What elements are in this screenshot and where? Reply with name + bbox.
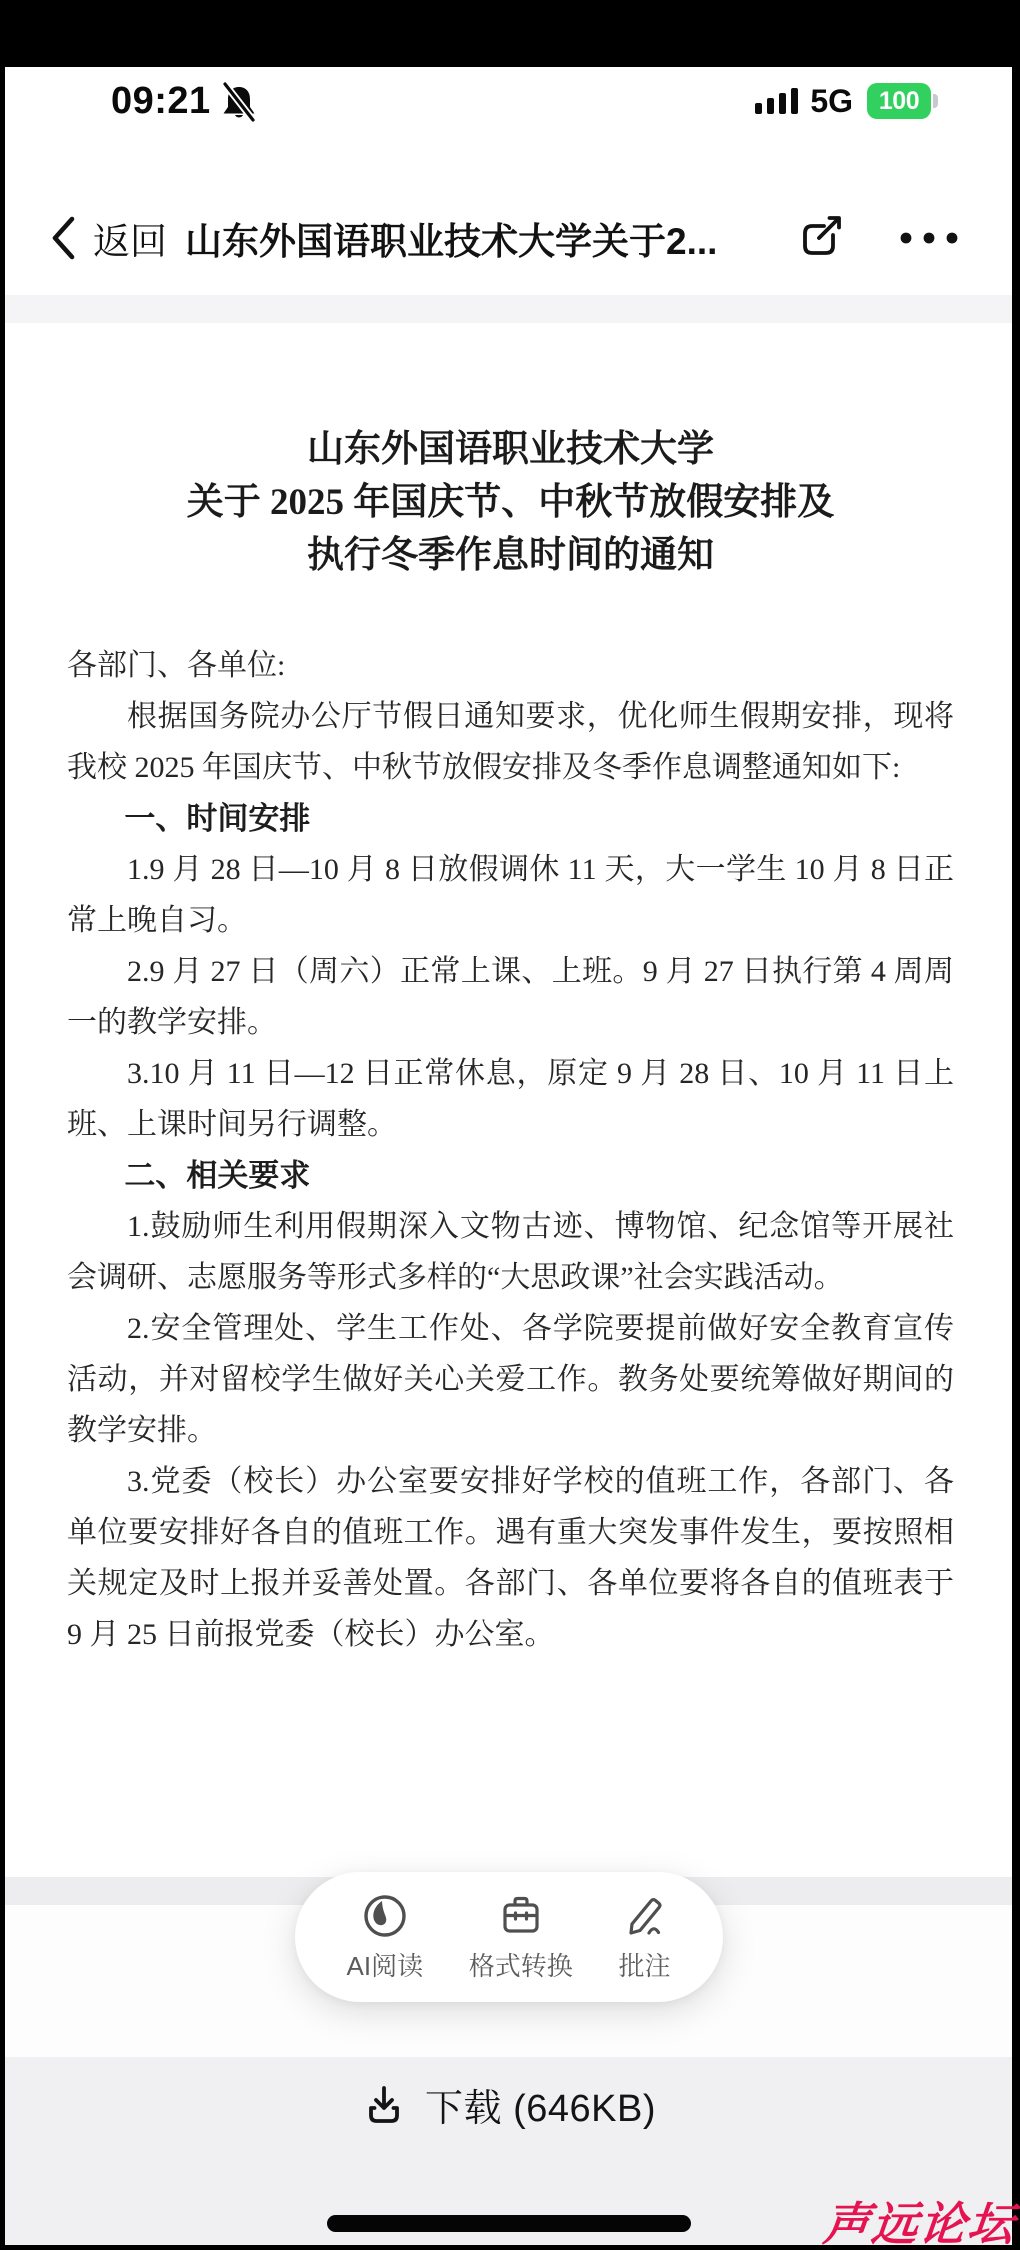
nav-divider-band	[5, 295, 1012, 323]
status-time: 09:21	[111, 80, 211, 123]
back-chevron-icon	[49, 214, 77, 262]
document-heading-line-1: 山东外国语职业技术大学	[67, 423, 954, 476]
home-indicator[interactable]	[327, 2215, 691, 2232]
back-label: 返回	[93, 211, 167, 265]
download-icon	[361, 2082, 407, 2128]
ai-read-button[interactable]: AI阅读	[347, 1892, 424, 1983]
document-heading-line-3: 执行冬季作息时间的通知	[67, 529, 954, 582]
floating-toolbar: AI阅读 格式转换	[295, 1872, 723, 2002]
phone-screen-bezel: 09:21 5G 100	[0, 0, 1020, 2250]
download-label: 下载 (646KB)	[425, 2077, 656, 2132]
paragraph-salutation: 各部门、各单位:	[67, 640, 954, 691]
document-heading-line-2: 关于 2025 年国庆节、中秋节放假安排及	[67, 476, 954, 529]
document-heading: 山东外国语职业技术大学 关于 2025 年国庆节、中秋节放假安排及 执行冬季作息…	[67, 423, 954, 582]
nav-actions	[792, 211, 960, 265]
more-options-icon[interactable]	[898, 231, 960, 245]
paragraph-item-1-2: 2.9 月 27 日（周六）正常上课、上班。9 月 27 日执行第 4 周周一的…	[67, 946, 954, 1048]
network-type-label: 5G	[810, 83, 853, 120]
paragraph-item-1-3: 3.10 月 11 日—12 日正常休息，原定 9 月 28 日、10 月 11…	[67, 1048, 954, 1150]
document-viewer-app: 09:21 5G 100	[5, 67, 1012, 2245]
paragraph-intro: 根据国务院办公厅节假日通知要求，优化师生假期安排，现将我校 2025 年国庆节、…	[67, 691, 954, 793]
ai-read-label: AI阅读	[347, 1946, 424, 1983]
download-button[interactable]: 下载 (646KB)	[361, 2077, 656, 2132]
annotate-icon	[620, 1892, 668, 1940]
format-convert-button[interactable]: 格式转换	[469, 1892, 573, 1983]
forum-watermark: 声远论坛	[821, 2188, 1020, 2250]
document-page: 山东外国语职业技术大学 关于 2025 年国庆节、中秋节放假安排及 执行冬季作息…	[5, 323, 1012, 1877]
annotate-label: 批注	[618, 1946, 670, 1983]
cellular-signal-icon	[755, 88, 798, 114]
nav-bar: 返回 山东外国语职业技术大学关于2...	[5, 155, 1012, 295]
document-title-breadcrumb: 山东外国语职业技术大学关于2...	[185, 211, 772, 265]
battery-percent: 100	[867, 83, 931, 119]
format-convert-label: 格式转换	[469, 1946, 573, 1983]
annotate-button[interactable]: 批注	[618, 1892, 670, 1983]
section-heading-1: 一、时间安排	[67, 793, 954, 844]
battery-nub	[933, 94, 938, 108]
ai-read-icon	[361, 1892, 409, 1940]
format-convert-icon	[497, 1892, 545, 1940]
battery-icon: 100	[867, 83, 938, 119]
share-icon[interactable]	[792, 211, 846, 265]
status-bar: 09:21 5G 100	[5, 67, 1012, 155]
paragraph-item-2-3: 3.党委（校长）办公室要安排好学校的值班工作，各部门、各单位要安排好各自的值班工…	[67, 1456, 954, 1660]
back-button[interactable]: 返回	[49, 211, 167, 265]
paragraph-item-1-1: 1.9 月 28 日—10 月 8 日放假调休 11 天，大一学生 10 月 8…	[67, 844, 954, 946]
paragraph-item-2-1: 1.鼓励师生利用假期深入文物古迹、博物馆、纪念馆等开展社会调研、志愿服务等形式多…	[67, 1201, 954, 1303]
section-heading-2: 二、相关要求	[67, 1150, 954, 1201]
paragraph-item-2-2: 2.安全管理处、学生工作处、各学院要提前做好安全教育宣传活动，并对留校学生做好关…	[67, 1303, 954, 1456]
mute-bell-icon	[221, 82, 257, 122]
